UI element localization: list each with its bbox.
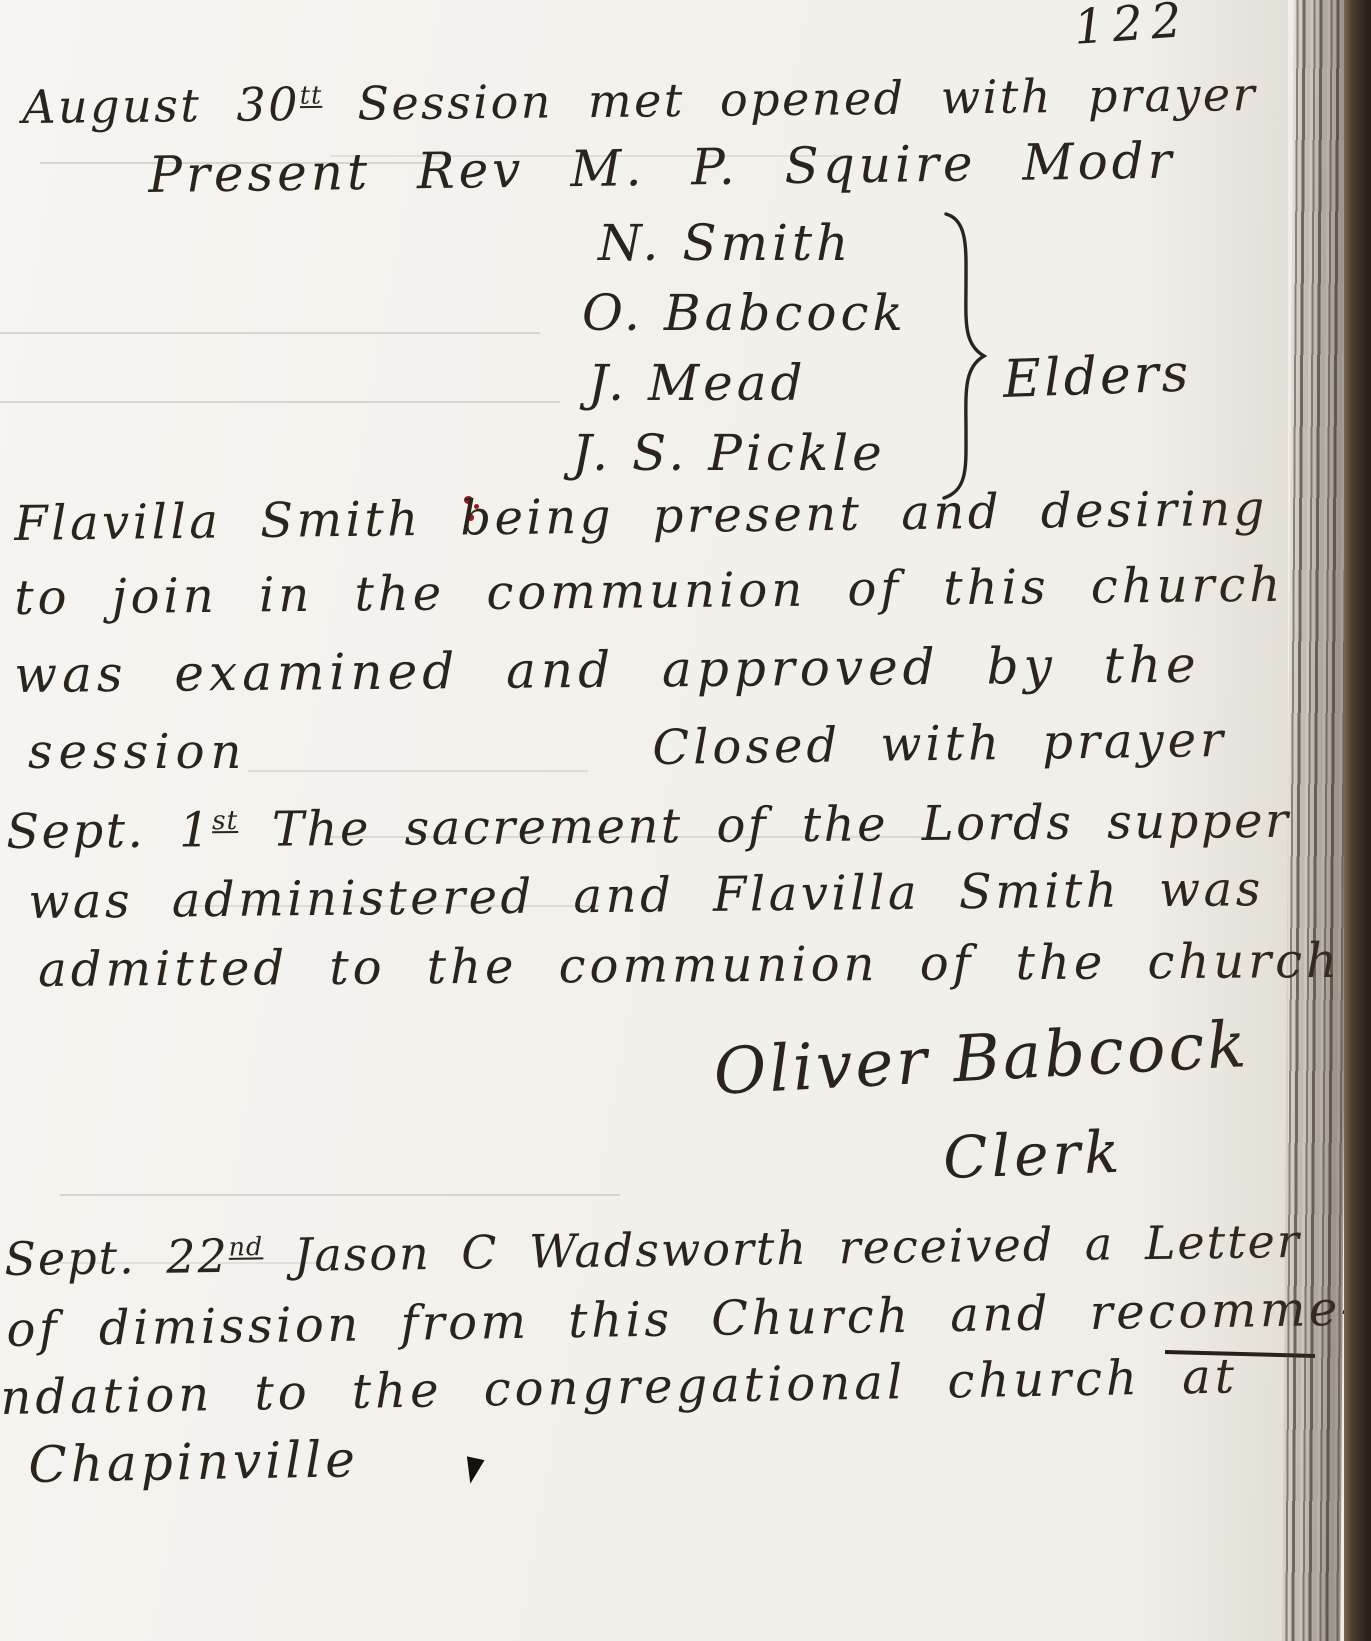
attendee-name: O. Babcock xyxy=(582,284,907,342)
entry-sept22-body-line: ndation to the congregational church at xyxy=(0,1348,1238,1426)
elders-brace xyxy=(936,208,1000,506)
entry-date-ordinal: nd xyxy=(228,1232,263,1261)
signature-role: Clerk xyxy=(942,1118,1124,1192)
entry-sept22-heading: Sept. 22nd Jason C Wadsworth received a … xyxy=(4,1214,1301,1286)
entry-sept1-body-line: was administered and Flavilla Smith was xyxy=(28,861,1264,930)
ruled-line xyxy=(60,1194,620,1196)
page-edge-shading xyxy=(1140,0,1288,1641)
attendee-name: J. S. Pickle xyxy=(572,424,886,482)
entry-date: Sept. 1 xyxy=(6,802,212,860)
entry-sept1-heading: Sept. 1st The sacrement of the Lords sup… xyxy=(6,793,1291,860)
book-binding-edge xyxy=(1344,0,1371,1641)
ruled-line xyxy=(248,770,588,772)
entry-date: Sept. 22 xyxy=(4,1229,229,1286)
entry-aug30-heading: August 30tt Session met opened with pray… xyxy=(22,67,1257,134)
entry-date: August 30 xyxy=(22,77,300,134)
entry-sept22-body-line: Chapinville xyxy=(28,1430,359,1494)
entry-aug30-present-line: Present Rev M. P. Squire Modr xyxy=(148,132,1176,204)
manuscript-page: 122 August 30tt Session met opened with … xyxy=(0,0,1371,1641)
ruled-line xyxy=(0,401,560,403)
page-gutter-stripes xyxy=(1282,0,1351,1641)
entry-date-ordinal: tt xyxy=(300,81,323,110)
entry-aug30-body-line: was examined and approved by the xyxy=(14,636,1201,704)
entry-date-ordinal: st xyxy=(212,805,238,836)
entry-heading-text: Session met opened with prayer xyxy=(322,67,1257,131)
entry-aug30-body-line: session xyxy=(28,724,247,780)
entry-aug30-body-line: to join in the communion of this church xyxy=(14,557,1285,626)
attendee-name: J. Mead xyxy=(588,354,807,412)
ruled-line xyxy=(0,332,540,334)
attendee-name: N. Smith xyxy=(598,214,852,272)
entry-aug30-body-line: Flavilla Smith being present and desirin… xyxy=(14,481,1268,552)
ink-blot xyxy=(461,1456,484,1485)
entry-heading-text: The sacrement of the Lords supper xyxy=(238,793,1291,858)
